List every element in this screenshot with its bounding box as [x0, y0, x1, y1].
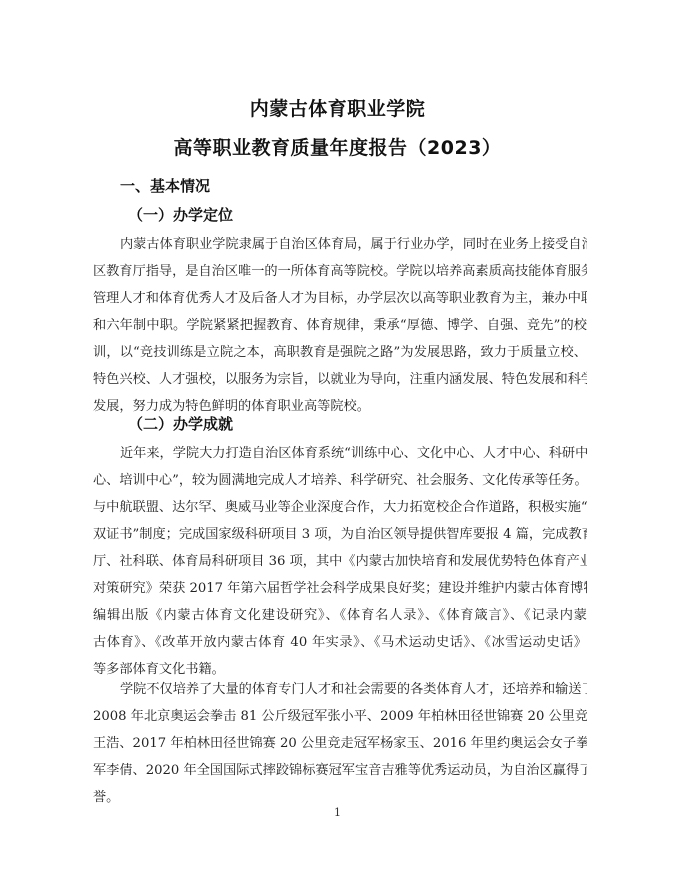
text-line: 心、培训中心”，较为圆满地完成人才培养、科学研究、社会服务、文化传承等任务。 [93, 467, 587, 494]
section-heading-basic-info: 一、基本情况 [120, 175, 210, 196]
text-line: 近年来，学院大力打造自治区体育系统“训练中心、文化中心、人才中心、科研中 [93, 440, 587, 467]
text-line: 和六年制中职。学院紧紧把握教育、体育规律，秉承“厚德、博学、自强、竞先”的校 [93, 312, 587, 339]
paragraph-achievements-2: 学院不仅培养了大量的体育专门人才和社会需要的各类体育人才，还培养和输送了 200… [93, 676, 587, 811]
text-line: 内蒙古体育职业学院隶属于自治区体育局，属于行业办学，同时在业务上接受自治 [93, 231, 587, 258]
document-page: 内蒙古体育职业学院 高等职业教育质量年度报告（2023） 一、基本情况 （一）办… [0, 0, 675, 874]
document-subtitle: 高等职业教育质量年度报告（2023） [0, 133, 675, 160]
paragraph-positioning: 内蒙古体育职业学院隶属于自治区体育局，属于行业办学，同时在业务上接受自治 区教育… [93, 231, 587, 420]
text-line: 军李倩、2020 年全国国际式摔跤锦标赛冠军宝音吉雅等优秀运动员，为自治区赢得了… [93, 757, 587, 784]
subsection-heading-achievements: （二）办学成就 [128, 413, 233, 434]
page-number: 1 [0, 806, 675, 819]
text-line: 厅、社科联、体育局科研项目 36 项，其中《内蒙古加快培育和发展优势特色体育产业… [93, 548, 587, 575]
text-line: 管理人才和体育优秀人才及后备人才为目标，办学层次以高等职业教育为主，兼办中职 [93, 285, 587, 312]
text-line: 2008 年北京奥运会拳击 81 公斤级冠军张小平、2009 年柏林田径世锦赛 … [93, 703, 587, 730]
text-line: 古体育》、《改革开放内蒙古体育 40 年实录》、《马术运动史话》、《冰雪运动史话… [93, 629, 587, 656]
text-line: 王浩、2017 年柏林田径世锦赛 20 公里竞走冠军杨家玉、2016 年里约奥运… [93, 730, 587, 757]
document-title: 内蒙古体育职业学院 [0, 94, 675, 121]
paragraph-achievements-1: 近年来，学院大力打造自治区体育系统“训练中心、文化中心、人才中心、科研中 心、培… [93, 440, 587, 683]
text-line: 双证书”制度；完成国家级科研项目 3 项，为自治区领导提供智库要报 4 篇，完成… [93, 521, 587, 548]
text-line: 编辑出版《内蒙古体育文化建设研究》、《体育名人录》、《体育箴言》、《记录内蒙 [93, 602, 587, 629]
subsection-heading-positioning: （一）办学定位 [128, 204, 233, 225]
text-line: 训，以“竞技训练是立院之本，高职教育是强院之路”为发展思路，致力于质量立校、 [93, 339, 587, 366]
text-line: 区教育厅指导，是自治区唯一的一所体育高等院校。学院以培养高素质高技能体育服务 [93, 258, 587, 285]
text-line: 与中航联盟、达尔罕、奥威马业等企业深度合作，大力拓宽校企合作道路，积极实施“1+… [93, 494, 587, 521]
text-line: 学院不仅培养了大量的体育专门人才和社会需要的各类体育人才，还培养和输送了 [93, 676, 587, 703]
text-line: 对策研究》荣获 2017 年第六届哲学社会科学成果良好奖；建设并维护内蒙古体育博… [93, 575, 587, 602]
text-line: 特色兴校、人才强校，以服务为宗旨，以就业为导向，注重内涵发展、特色发展和科学 [93, 366, 587, 393]
